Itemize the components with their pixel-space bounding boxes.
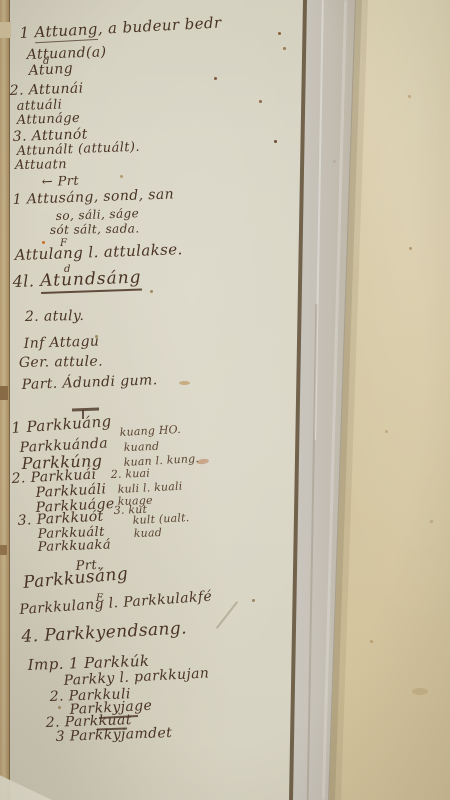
manuscript-line: Atung: [28, 62, 73, 78]
stain: [412, 688, 428, 695]
manuscript-line: Attuatn: [15, 158, 67, 172]
manuscript-line: so, sáli, ságe: [56, 207, 140, 222]
gloss-column: 2. kuai: [111, 468, 151, 480]
gloss-column: kuad: [134, 527, 163, 539]
stain: [179, 381, 190, 385]
item-number: 4l.: [12, 271, 34, 291]
label-preterite: ← Prt: [42, 175, 80, 189]
manuscript-line: Attunáge: [17, 112, 81, 127]
gloss-column: kuang HO.: [119, 424, 181, 438]
gloss-column: kult (ualt.: [132, 512, 189, 526]
superscript-note: d: [64, 264, 70, 275]
headword-attuang: Attuang: [34, 20, 98, 43]
edge-notch: [0, 545, 7, 555]
manuscript-photo: 1Attuang, a budeur bedr Attuand(a) Atung…: [0, 0, 450, 800]
manuscript-line: sót sált, sada.: [50, 222, 140, 236]
superscript-note: F.: [96, 593, 105, 604]
line-infinitive: Inf Attagu: [24, 334, 100, 351]
manuscript-line: Attuand(a): [27, 45, 107, 62]
line-gerund: Ger. attule.: [19, 355, 103, 370]
gloss-column: kuand: [124, 441, 160, 453]
superscript-note: F: [60, 238, 67, 249]
superscript-note: d: [43, 56, 49, 67]
paper-specks: [0, 0, 3, 3]
left-page-edge: [0, 0, 10, 800]
manuscript-line: 2. Attunái: [10, 81, 84, 98]
manuscript-line: 3 Parkkyjamdet: [56, 726, 173, 744]
manuscript-line: 2. atuly.: [25, 309, 85, 324]
headword-atundsang: Atundsáng: [40, 268, 142, 295]
manuscript-line: Parkkuaká: [38, 538, 112, 554]
edge-notch: [0, 22, 11, 38]
entry-atundsang: 4l.Atundsáng: [12, 270, 141, 291]
edge-notch: [0, 386, 8, 400]
roll-crease: [307, 304, 318, 800]
item-number: 1: [19, 24, 30, 42]
